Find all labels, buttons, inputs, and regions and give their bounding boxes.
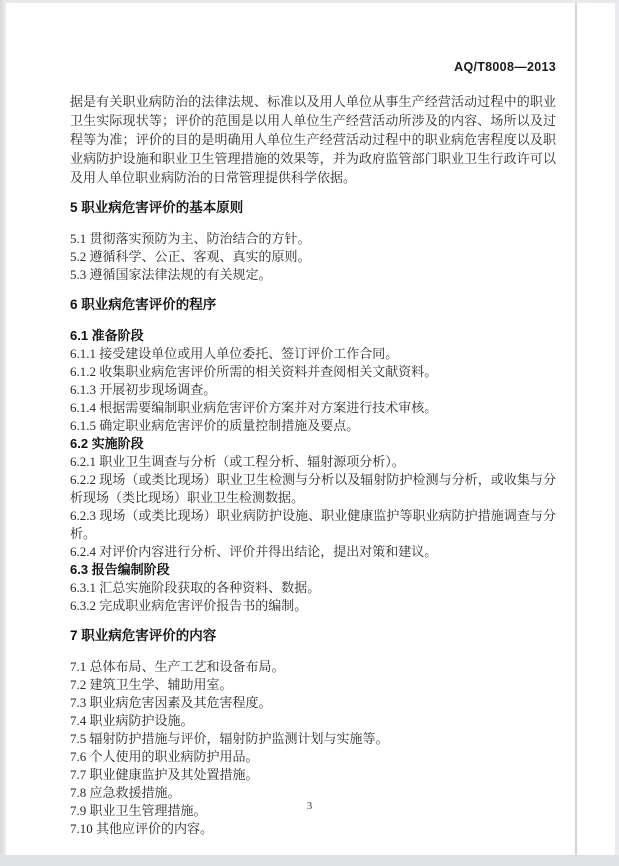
page-number: 3 <box>0 800 619 812</box>
section-6-heading: 6 职业病危害评价的程序 <box>70 296 556 313</box>
clause-6-3-1: 6.3.1 汇总实施阶段获取的各种资料、数据。 <box>70 579 556 597</box>
clause-7-2: 7.2 建筑卫生学、辅助用室。 <box>70 676 556 694</box>
clause-6-2-4: 6.2.4 对评价内容进行分析、评价并得出结论，提出对策和建议。 <box>70 543 556 561</box>
clause-6-1-3: 6.1.3 开展初步现场调查。 <box>70 381 556 399</box>
clause-6-3-2: 6.3.2 完成职业病危害评价报告书的编制。 <box>70 597 556 615</box>
scan-edge-right <box>615 3 619 855</box>
clause-7-10: 7.10 其他应评价的内容。 <box>70 820 556 838</box>
clause-6-2-2: 6.2.2 现场（或类比现场）职业卫生检测与分析以及辐射防护检测与分析，或收集与… <box>70 471 556 507</box>
clause-5-1: 5.1 贯彻落实预防为主、防治结合的方针。 <box>70 230 556 248</box>
clause-7-3: 7.3 职业病危害因素及其危害程度。 <box>70 694 556 712</box>
scan-edge-left <box>0 0 6 855</box>
clause-7-5: 7.5 辐射防护措施与评价，辐射防护监测计划与实施等。 <box>70 730 556 748</box>
clause-6-1-5: 6.1.5 确定职业病危害评价的质量控制措施及要点。 <box>70 417 556 435</box>
clause-7-7: 7.7 职业健康监护及其处置措施。 <box>70 766 556 784</box>
clause-6-2-1: 6.2.1 职业卫生调查与分析（或工程分析、辐射源项分析）。 <box>70 453 556 471</box>
intro-paragraph: 据是有关职业病防治的法律法规、标准以及用人单位从事生产经营活动过程中的职业卫生实… <box>70 92 556 187</box>
section-5-heading: 5 职业病危害评价的基本原则 <box>70 199 556 216</box>
page-content: AQ/T8008—2013 据是有关职业病防治的法律法规、标准以及用人单位从事生… <box>70 60 556 838</box>
clause-7-1: 7.1 总体布局、生产工艺和设备布局。 <box>70 658 556 676</box>
section-7-heading: 7 职业病危害评价的内容 <box>70 627 556 644</box>
clause-7-6: 7.6 个人使用的职业病防护用品。 <box>70 748 556 766</box>
document-page: { "header": { "standard_code": "AQ/T8008… <box>0 0 619 866</box>
standard-code: AQ/T8008—2013 <box>70 60 556 74</box>
clause-6-2-3: 6.2.3 现场（或类比现场）职业病防护设施、职业健康监护等职业病防护措施调查与… <box>70 507 556 543</box>
scan-edge-top <box>0 0 619 3</box>
clause-6-1-1: 6.1.1 接受建设单位或用人单位委托、签订评价工作合同。 <box>70 345 556 363</box>
page-right-border <box>575 3 577 855</box>
scan-edge-bottom <box>0 855 619 866</box>
subsection-6-2-heading: 6.2 实施阶段 <box>70 435 556 453</box>
clause-6-1-2: 6.1.2 收集职业病危害评价所需的相关资料并查阅相关文献资料。 <box>70 363 556 381</box>
clause-7-4: 7.4 职业病防护设施。 <box>70 712 556 730</box>
subsection-6-3-heading: 6.3 报告编制阶段 <box>70 561 556 579</box>
clause-5-3: 5.3 遵循国家法律法规的有关规定。 <box>70 266 556 284</box>
clause-6-1-4: 6.1.4 根据需要编制职业病危害评价方案并对方案进行技术审核。 <box>70 399 556 417</box>
subsection-6-1-heading: 6.1 准备阶段 <box>70 327 556 345</box>
clause-5-2: 5.2 遵循科学、公正、客观、真实的原则。 <box>70 248 556 266</box>
